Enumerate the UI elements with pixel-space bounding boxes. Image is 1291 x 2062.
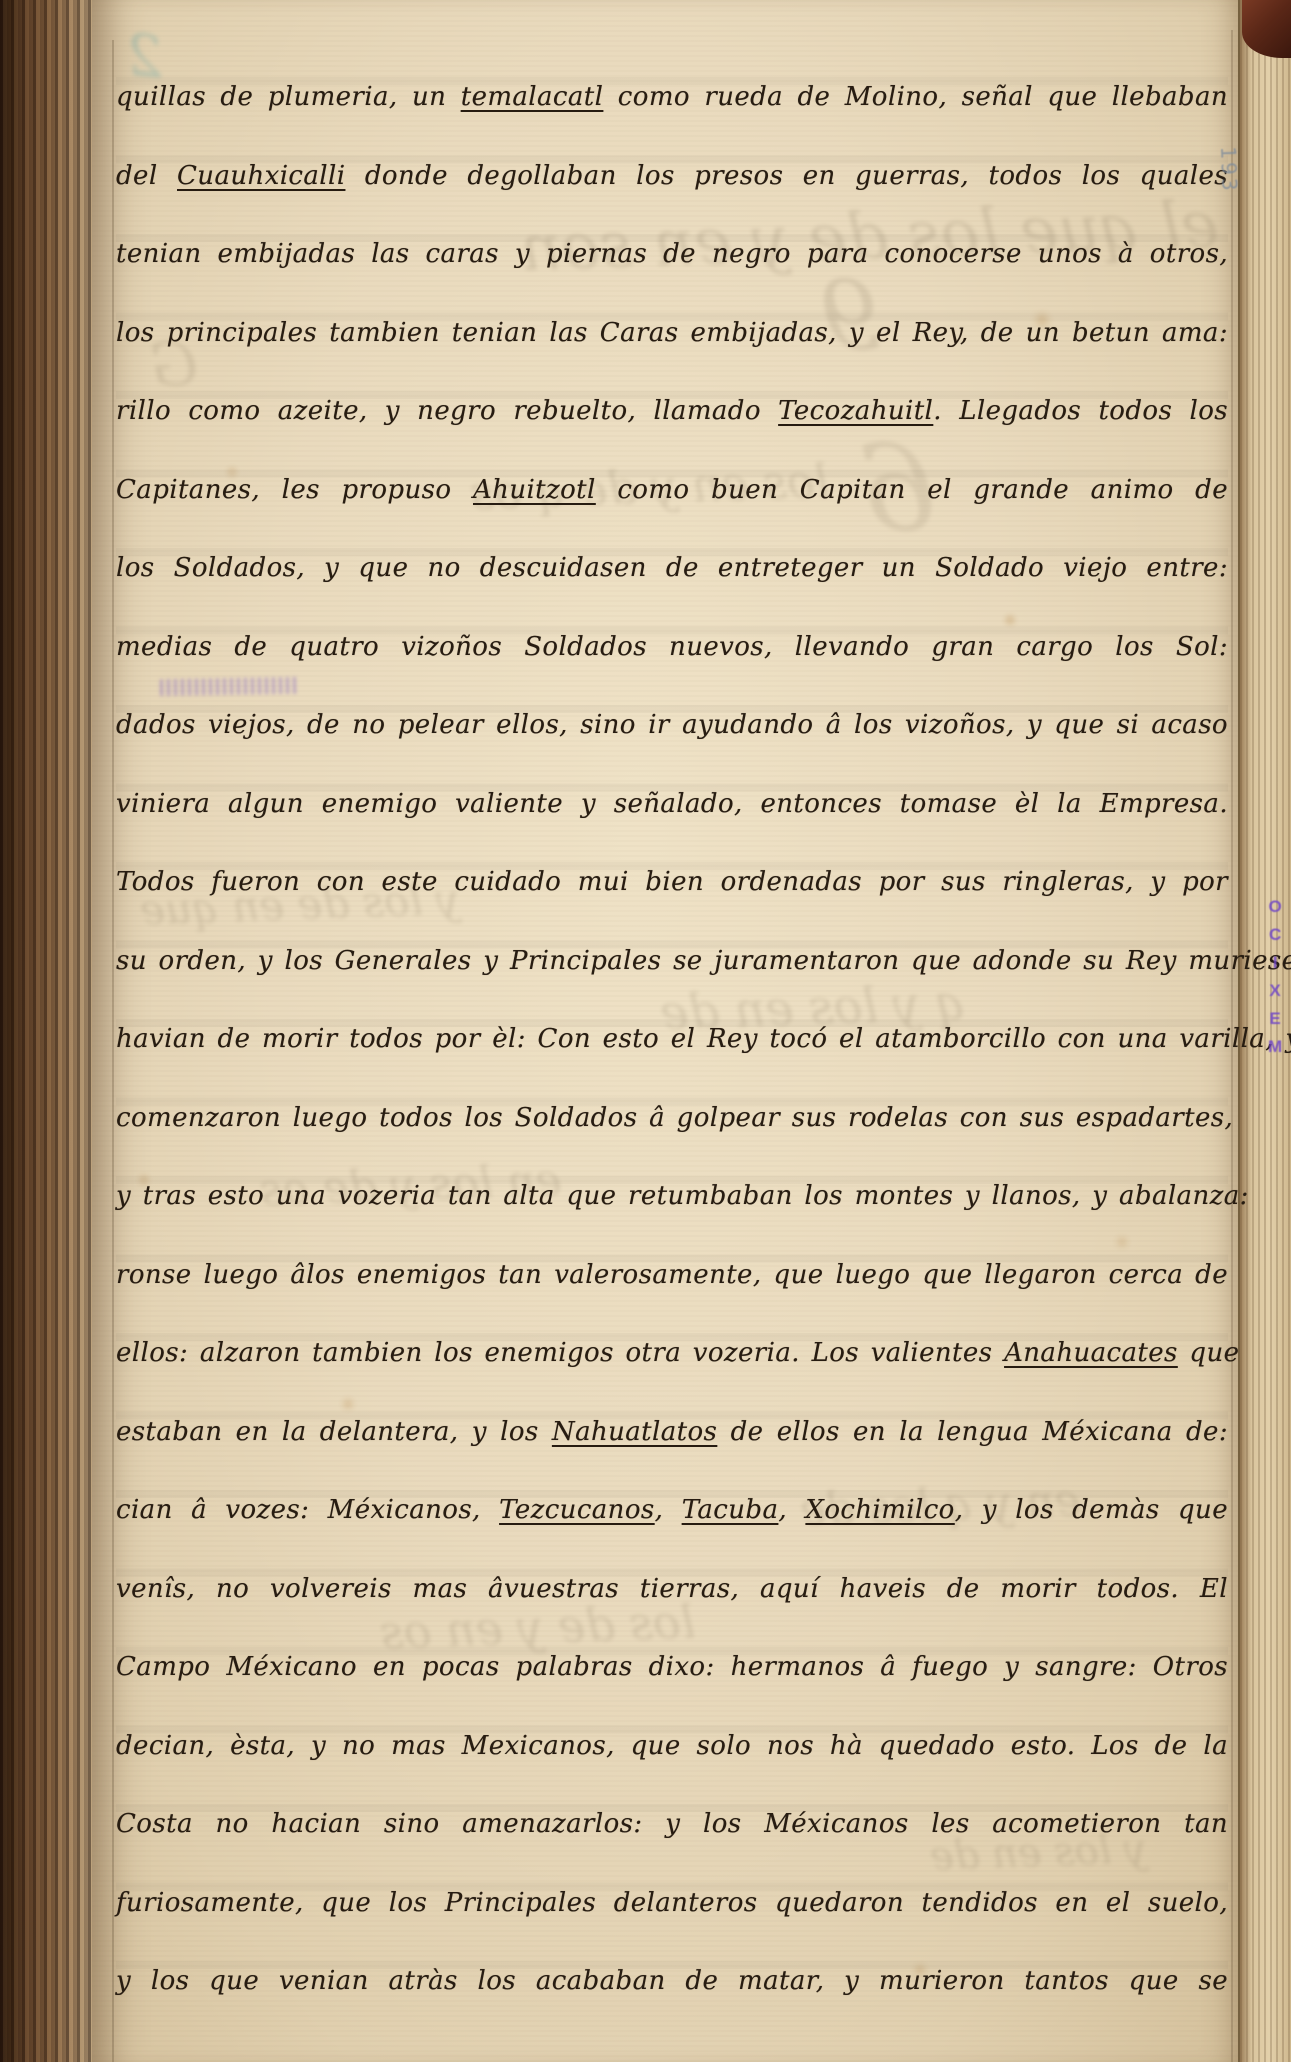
text-line: venîs, no volvereis mas âvuestras tierra… (116, 1550, 1228, 1629)
text-line: quillas de plumeria, un temalacatl como … (116, 58, 1228, 137)
underlined-word: Ahuitzotl (473, 475, 596, 505)
text-run: cian â vozes: Méxicanos, (116, 1495, 499, 1525)
underlined-word: Cuauhxicalli (177, 161, 345, 191)
text-run: , y los demàs que (955, 1495, 1228, 1525)
text-run: y los que venian atràs los acababan de m… (116, 1966, 1228, 1996)
mexico-stamp: OCIXEM (1268, 893, 1282, 1061)
text-run: tenian embijadas las caras y piernas de … (116, 239, 1228, 269)
manuscript-scan: el que los de y en son 9 y los de en que… (0, 0, 1291, 2062)
text-line: havian de morir todos por èl: Con esto e… (116, 1000, 1228, 1079)
underlined-word: Tacuba (682, 1495, 779, 1525)
text-line: cian â vozes: Méxicanos, Tezcucanos, Tac… (116, 1471, 1228, 1550)
mexico-stamp-letter: C (1268, 921, 1282, 949)
text-block: quillas de plumeria, un temalacatl como … (116, 58, 1228, 2021)
text-line: ellos: alzaron tambien los enemigos otra… (116, 1314, 1228, 1393)
text-run: que (1178, 1338, 1240, 1368)
text-run: estaban en la delantera, y los (116, 1417, 552, 1447)
text-line: del Cuauhxicalli donde degollaban los pr… (116, 137, 1228, 216)
fore-edge-page-number: 193 (1216, 146, 1242, 194)
text-run: Todos fueron con este cuidado mui bien o… (116, 867, 1228, 897)
mexico-stamp-letter: M (1268, 1033, 1282, 1061)
text-run: Capitanes, les propuso (116, 475, 473, 505)
text-line: rillo como azeite, y negro rebuelto, lla… (116, 372, 1228, 451)
underlined-word: Nahuatlatos (552, 1417, 717, 1447)
text-run: decian, èsta, y no mas Mexicanos, que so… (116, 1731, 1228, 1761)
text-line: Campo Méxicano en pocas palabras dixo: h… (116, 1628, 1228, 1707)
mexico-stamp-letter: O (1268, 893, 1282, 921)
text-line: ronse luego âlos enemigos tan valerosame… (116, 1236, 1228, 1315)
text-run: Costa no hacian sino amenazarlos: y los … (116, 1809, 1228, 1839)
text-run: rillo como azeite, y negro rebuelto, lla… (116, 396, 778, 426)
text-line: Capitanes, les propuso Ahuitzotl como bu… (116, 451, 1228, 530)
text-run: donde degollaban los presos en guerras, … (345, 161, 1228, 191)
text-line: los principales tambien tenian las Caras… (116, 294, 1228, 373)
text-line: comenzaron luego todos los Soldados â go… (116, 1079, 1228, 1158)
text-run: del (116, 161, 177, 191)
underlined-word: Anahuacates (1004, 1338, 1178, 1368)
text-line: y tras esto una vozeria tan alta que ret… (116, 1157, 1228, 1236)
text-run: havian de morir todos por èl: Con esto e… (116, 1024, 1291, 1054)
underlined-word: Xochimilco (805, 1495, 954, 1525)
text-run: de ellos en la lengua Méxicana de: (717, 1417, 1228, 1447)
text-run: furiosamente, que los Principales delant… (116, 1888, 1228, 1918)
purple-stamp-blur (160, 677, 298, 696)
text-line: y los que venian atràs los acababan de m… (116, 1942, 1228, 2021)
text-run: , (778, 1495, 805, 1525)
text-run: Campo Méxicano en pocas palabras dixo: h… (116, 1652, 1228, 1682)
text-run: . Llegados todos los (933, 396, 1228, 426)
text-line: medias de quatro vizoños Soldados nuevos… (116, 608, 1228, 687)
text-run: quillas de plumeria, un (116, 82, 461, 112)
mexico-stamp-letter: E (1268, 1005, 1282, 1033)
text-line: estaban en la delantera, y los Nahuatlat… (116, 1393, 1228, 1472)
binding-edge (0, 0, 92, 2062)
text-run: ronse luego âlos enemigos tan valerosame… (116, 1260, 1228, 1290)
text-run: y tras esto una vozeria tan alta que ret… (116, 1181, 1249, 1211)
mexico-stamp-letter: I (1268, 949, 1282, 977)
text-run: como rueda de Molino, señal que llebaban (603, 82, 1228, 112)
text-run: los principales tambien tenian las Caras… (116, 318, 1228, 348)
text-line: dados viejos, de no pelear ellos, sino i… (116, 686, 1228, 765)
underlined-word: Tezcucanos (499, 1495, 655, 1525)
text-run: viniera algun enemigo valiente y señalad… (116, 789, 1228, 819)
text-run: su orden, y los Generales y Principales … (116, 946, 1291, 976)
mexico-stamp-letter: X (1268, 977, 1282, 1005)
text-line: su orden, y los Generales y Principales … (116, 922, 1228, 1001)
text-run: , (655, 1495, 682, 1525)
text-line: los Soldados, y que no descuidasen de en… (116, 529, 1228, 608)
text-run: los Soldados, y que no descuidasen de en… (116, 553, 1228, 583)
text-line: furiosamente, que los Principales delant… (116, 1864, 1228, 1943)
text-run: dados viejos, de no pelear ellos, sino i… (116, 710, 1228, 740)
text-line: viniera algun enemigo valiente y señalad… (116, 765, 1228, 844)
foxing-spots (0, 0, 4, 4)
text-run: como buen Capitan el grande animo de (596, 475, 1228, 505)
text-line: decian, èsta, y no mas Mexicanos, que so… (116, 1707, 1228, 1786)
text-run: venîs, no volvereis mas âvuestras tierra… (116, 1574, 1228, 1604)
text-run: medias de quatro vizoños Soldados nuevos… (116, 632, 1228, 662)
text-run: comenzaron luego todos los Soldados â go… (116, 1103, 1233, 1133)
margin-rule-left (112, 40, 114, 2062)
text-line: Todos fueron con este cuidado mui bien o… (116, 843, 1228, 922)
text-line: Costa no hacian sino amenazarlos: y los … (116, 1785, 1228, 1864)
underlined-word: temalacatl (461, 82, 604, 112)
text-line: tenian embijadas las caras y piernas de … (116, 215, 1228, 294)
text-run: ellos: alzaron tambien los enemigos otra… (116, 1338, 1004, 1368)
underlined-word: Tecozahuitl (778, 396, 933, 426)
